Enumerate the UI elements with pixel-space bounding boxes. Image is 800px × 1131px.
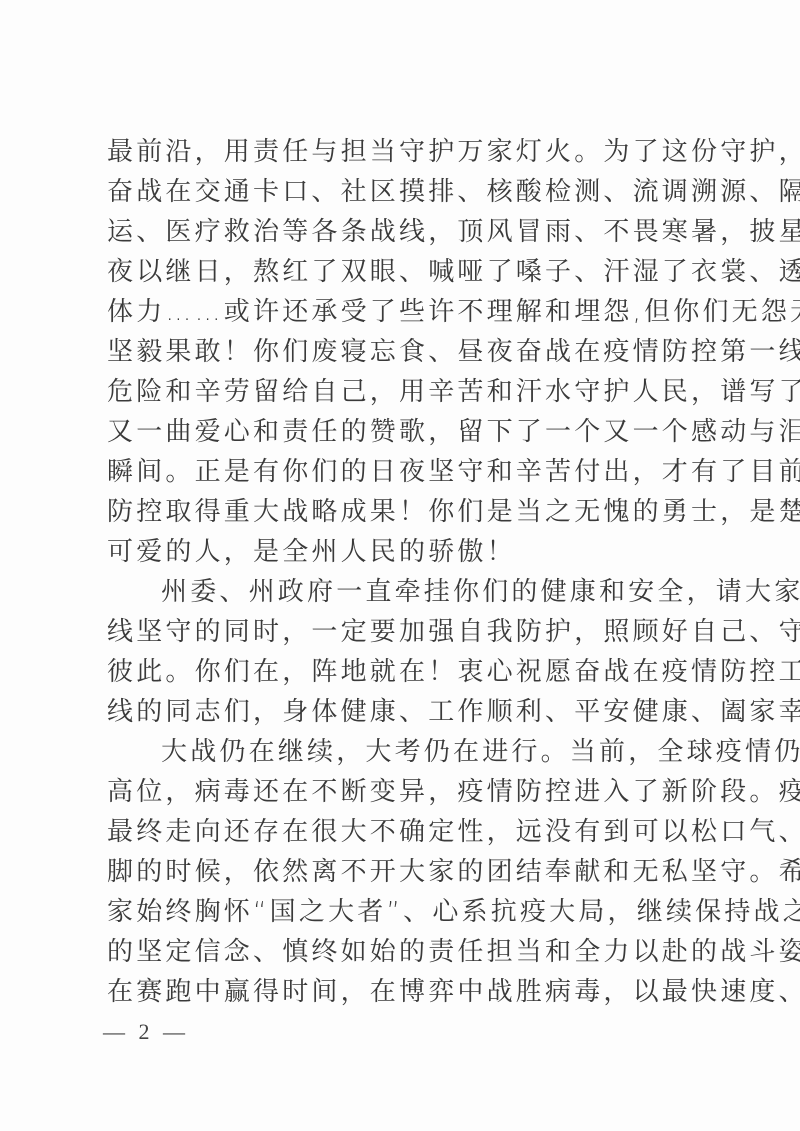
text-line: 运、医疗救治等各条战线，顶风冒雨、不畏寒暑，披星戴月、	[107, 212, 695, 252]
text-line: 坚毅果敢！你们废寝忘食、昼夜奋战在疫情防控第一线，把	[107, 332, 695, 372]
page-number: — 2 —	[103, 1019, 189, 1045]
text-line: 可爱的人，是全州人民的骄傲！	[107, 532, 695, 572]
paragraph-start-line: 大战仍在继续，大考仍在进行。当前，全球疫情仍处于	[107, 732, 695, 772]
text-line: 彼此。你们在，阵地就在！衷心祝愿奋战在疫情防控工作一	[107, 652, 695, 692]
text-line: 线坚守的同时，一定要加强自我防护，照顾好自己、守护好	[107, 612, 695, 652]
text-line: 体力……或许还承受了些许不理解和埋怨,但你们无怨无悔、	[107, 292, 695, 332]
text-line: 最终走向还存在很大不确定性，远没有到可以松口气、歇歇	[107, 812, 695, 852]
text-line: 高位，病毒还在不断变异，疫情防控进入了新阶段。疫情的	[107, 772, 695, 812]
text-line: 家始终胸怀“国之大者”、心系抗疫大局，继续保持战之必胜	[107, 892, 695, 932]
text-line: 最前沿，用责任与担当守护万家灯火。为了这份守护，你们	[107, 132, 695, 172]
paragraph-start-line: 州委、州政府一直牵挂你们的健康和安全，请大家在一	[107, 572, 695, 612]
text-line: 在赛跑中赢得时间，在博弈中战胜病毒，以最快速度、最严	[107, 972, 695, 1012]
text-line: 夜以继日，熬红了双眼、喊哑了嗓子、汗湿了衣裳、透支了	[107, 252, 695, 292]
document-page: 最前沿，用责任与担当守护万家灯火。为了这份守护，你们 奋战在交通卡口、社区摸排、…	[0, 0, 800, 1131]
text-line: 的坚定信念、慎终如始的责任担当和全力以赴的战斗姿态，	[107, 932, 695, 972]
text-line: 又一曲爱心和责任的赞歌，留下了一个又一个感动与泪奔的	[107, 412, 695, 452]
text-line: 线的同志们，身体健康、工作顺利、平安健康、阖家幸福！	[107, 692, 695, 732]
text-line: 危险和辛劳留给自己，用辛苦和汗水守护人民，谱写了一曲	[107, 372, 695, 412]
text-line: 防控取得重大战略成果！你们是当之无愧的勇士，是楚雄最	[107, 492, 695, 532]
text-line: 瞬间。正是有你们的日夜坚守和辛苦付出，才有了目前疫情	[107, 452, 695, 492]
text-line: 奋战在交通卡口、社区摸排、核酸检测、流调溯源、隔离转	[107, 172, 695, 212]
text-line: 脚的时候，依然离不开大家的团结奉献和无私坚守。希望大	[107, 852, 695, 892]
body-text: 最前沿，用责任与担当守护万家灯火。为了这份守护，你们 奋战在交通卡口、社区摸排、…	[107, 132, 695, 1012]
